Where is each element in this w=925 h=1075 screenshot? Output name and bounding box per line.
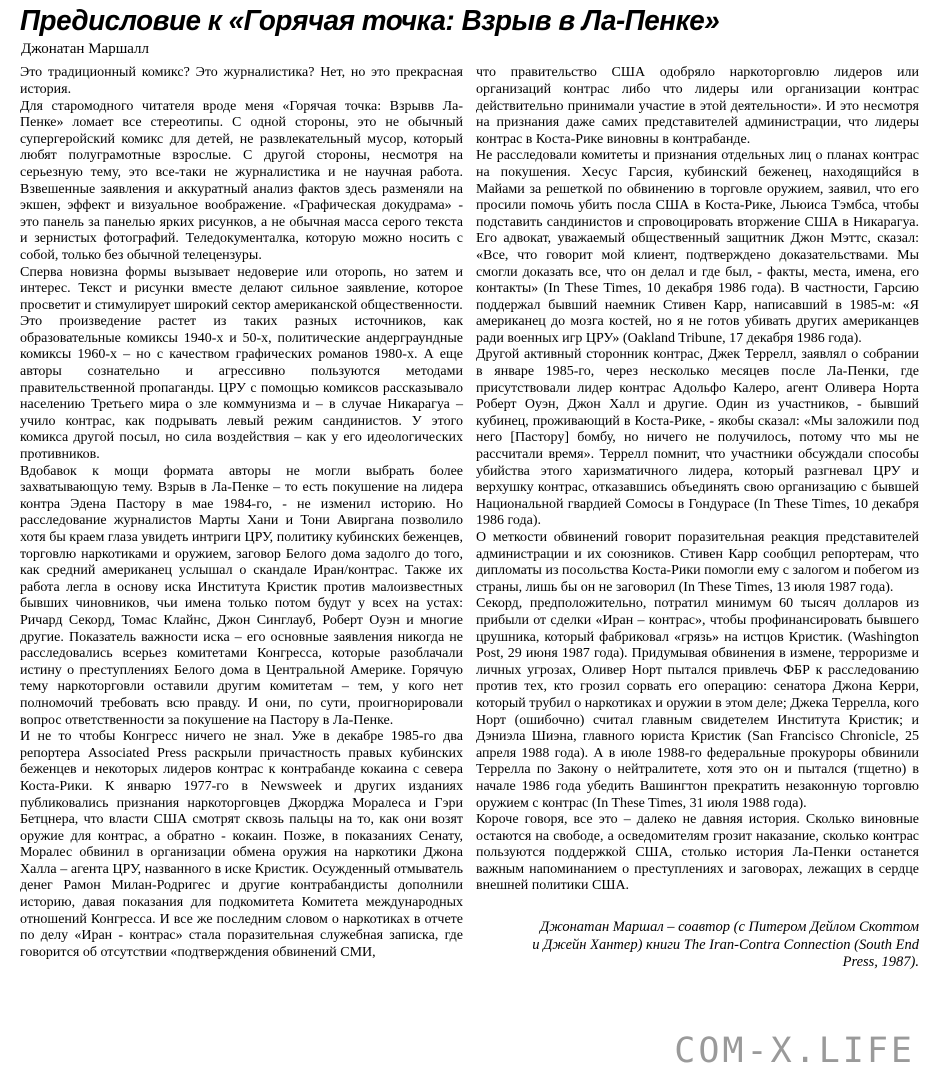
paragraph: Вдобавок к мощи формата авторы не могли … (20, 464, 463, 730)
paragraph: Не расследовали комитеты и признания отд… (476, 148, 919, 347)
paragraph: И не то чтобы Конгресс ничего не знал. У… (20, 729, 463, 961)
document-page: Предисловие к «Горячая точка: Взрыв в Ла… (0, 0, 925, 1075)
paragraph: Короче говоря, все это – далеко не давня… (476, 812, 919, 895)
left-column: Это традиционный комикс? Это журналистик… (20, 65, 463, 971)
page-title: Предисловие к «Горячая точка: Взрыв в Ла… (20, 6, 876, 38)
watermark: COM-X.LIFE (674, 1031, 915, 1071)
paragraph: Секорд, предположительно, потратил миним… (476, 596, 919, 812)
text-columns: Это традиционный комикс? Это журналистик… (20, 65, 912, 971)
paragraph: Это произведение растет из таких разных … (20, 314, 463, 463)
author-name: Джонатан Маршалл (21, 41, 912, 58)
paragraph: Для старомодного читателя вроде меня «Го… (20, 99, 463, 265)
paragraph: что правительство США одобряло наркоторг… (476, 65, 919, 148)
signature: Джонатан Маршал – соавтор (с Питером Дей… (476, 919, 919, 972)
paragraph: О меткости обвинений говорит поразительн… (476, 530, 919, 596)
paragraph: Сперва новизна формы вызывает недоверие … (20, 265, 463, 315)
paragraph: Другой активный сторонник контрас, Джек … (476, 347, 919, 530)
right-column-text: что правительство США одобряло наркоторг… (476, 65, 919, 895)
paragraph: Это традиционный комикс? Это журналистик… (20, 65, 463, 98)
right-column: что правительство США одобряло наркоторг… (476, 65, 919, 971)
